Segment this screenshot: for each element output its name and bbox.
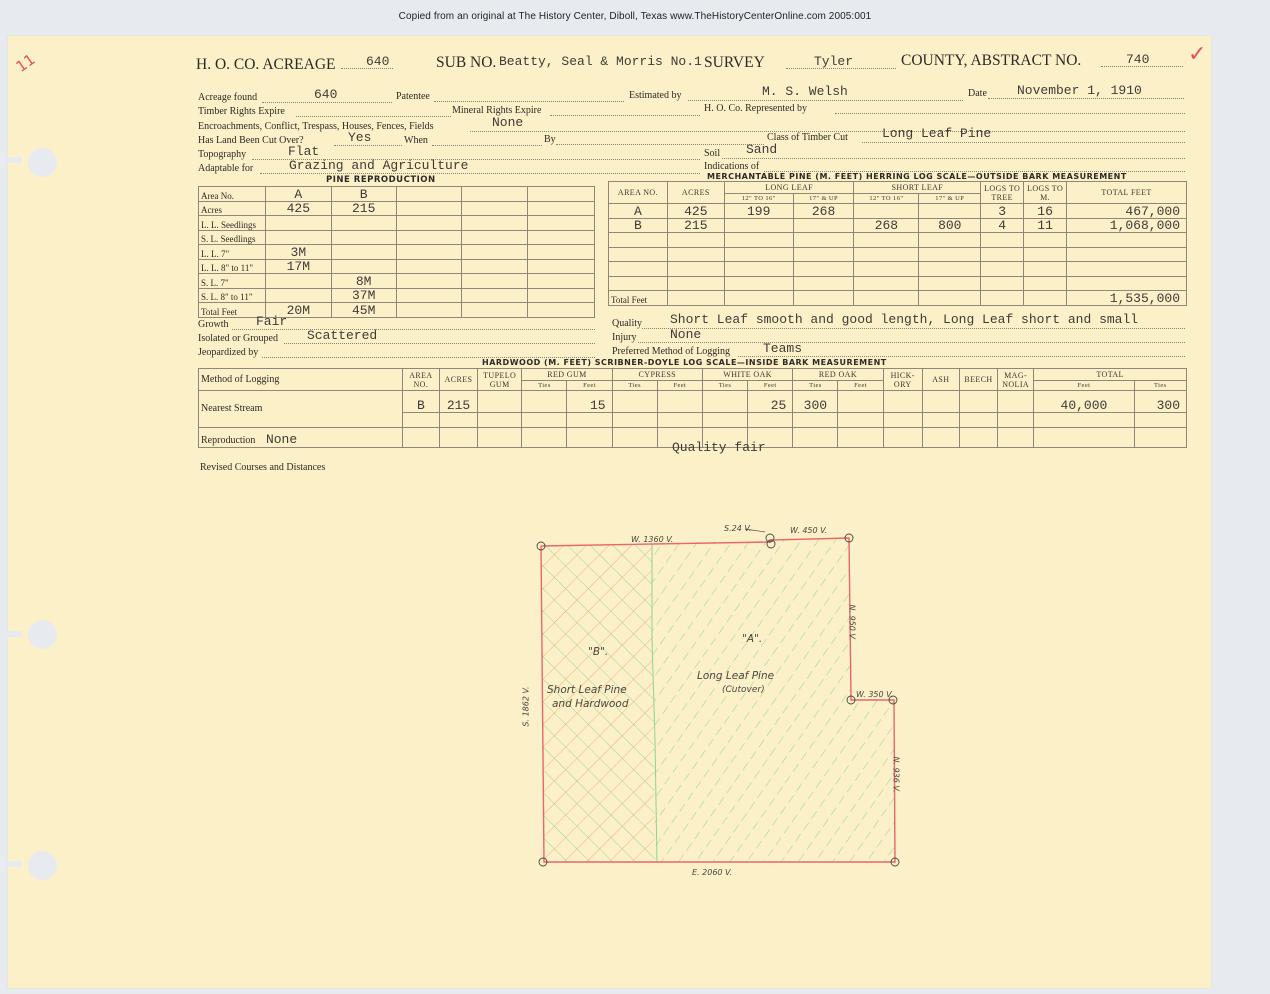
area-b-text-2: and Hardwood — [552, 698, 629, 710]
survey-plat-drawing — [0, 0, 1270, 994]
area-b-text-1: Short Leaf Pine — [547, 684, 627, 696]
call-w-350: W. 350 V. — [856, 690, 893, 699]
area-a-text-1: Long Leaf Pine — [697, 670, 774, 682]
call-e-2060: E. 2060 V. — [692, 868, 732, 877]
call-n-936: N. 936 V. — [891, 757, 900, 793]
call-w-1360: W. 1360 V. — [631, 535, 673, 544]
call-s-24: S.24 V. — [724, 524, 751, 533]
call-s-1862: S. 1862 V. — [522, 686, 531, 726]
call-w-450: W. 450 V. — [790, 526, 827, 535]
area-a-label: "A". — [742, 633, 762, 645]
area-a-text-2: (Cutover) — [722, 685, 765, 695]
call-n-950: N. 950 V. — [847, 605, 856, 641]
area-b-label: "B". — [588, 646, 608, 658]
